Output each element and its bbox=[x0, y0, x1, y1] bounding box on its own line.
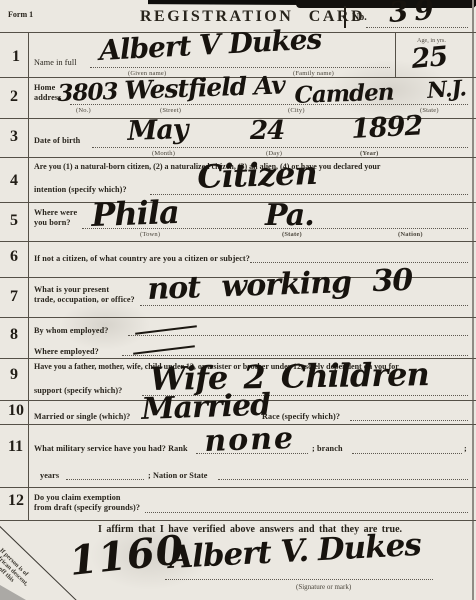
q8-label-by-whom: By whom employed? bbox=[34, 326, 108, 335]
q6-number: 6 bbox=[10, 248, 18, 266]
age-box-rule bbox=[395, 33, 396, 77]
q11-label-years: years bbox=[40, 471, 59, 480]
q2-label-line1: Home bbox=[34, 83, 55, 92]
q6-question: If not a citizen, of what country are yo… bbox=[34, 254, 250, 263]
q11-dotted-years bbox=[66, 479, 144, 480]
scan-smudge bbox=[60, 300, 150, 350]
q8-number: 8 bbox=[10, 326, 18, 344]
row-separator bbox=[0, 241, 476, 242]
q10-label-married: Married or single (which)? bbox=[34, 412, 130, 421]
q11-trailing-semicolon: ; bbox=[464, 444, 467, 453]
registration-card-scan: Form 1 REGISTRATION CARD No. 39 1 Name i… bbox=[0, 0, 476, 600]
q3-sub-year: (Year) bbox=[360, 150, 379, 157]
q5-label-line1: Where were bbox=[34, 208, 77, 217]
no-value-handwritten: 39 bbox=[388, 0, 441, 29]
age-value-handwritten: 25 bbox=[410, 41, 448, 75]
q5-label-line2: you born? bbox=[34, 218, 71, 227]
q1-answer-handwritten: Albert V Dukes bbox=[98, 22, 322, 67]
q12-number: 12 bbox=[8, 492, 24, 510]
q3-answer-day: 24 bbox=[250, 116, 284, 146]
q4-answer-handwritten: Citizen bbox=[197, 154, 318, 196]
q4-question-line2: intention (specify which)? bbox=[34, 185, 127, 194]
card-title: REGISTRATION CARD bbox=[140, 8, 365, 26]
q2-answer-state: N.J. bbox=[426, 75, 466, 104]
q5-number: 5 bbox=[10, 212, 18, 230]
q5-answer-town: Phila bbox=[91, 193, 180, 234]
q11-label-branch: ; branch bbox=[312, 444, 343, 453]
q7-answer-handwritten: not working 30 bbox=[147, 263, 413, 307]
q5-answer-state: Pa. bbox=[265, 198, 314, 233]
q3-label: Date of birth bbox=[34, 136, 80, 145]
scan-backdrop-corner bbox=[0, 585, 26, 600]
q2-sub-street: (Street) bbox=[160, 107, 181, 114]
q1-number: 1 bbox=[12, 48, 20, 66]
q6-dotted-line bbox=[250, 262, 468, 263]
card-right-edge bbox=[472, 0, 474, 600]
q2-number: 2 bbox=[10, 88, 18, 106]
row-separator bbox=[0, 317, 476, 318]
q11-number: 11 bbox=[8, 438, 23, 456]
no-label: No. bbox=[352, 12, 367, 23]
q3-number: 3 bbox=[10, 128, 18, 146]
q10-label-race: Race (specify which)? bbox=[262, 412, 340, 421]
q1-label: Name in full bbox=[34, 58, 77, 67]
q10-answer-handwritten: Married bbox=[141, 388, 271, 427]
no-dotted-line bbox=[366, 27, 468, 28]
header-divider bbox=[344, 6, 346, 28]
q11-dotted-branch bbox=[352, 453, 462, 454]
signature-line bbox=[165, 579, 433, 580]
signature-label: (Signature or mark) bbox=[296, 583, 351, 591]
q11-dotted-nation bbox=[218, 479, 468, 480]
q11-label-nation: ; Nation or State bbox=[148, 471, 208, 480]
q10-number: 10 bbox=[8, 402, 24, 420]
q12-label-line1: Do you claim exemption bbox=[34, 493, 121, 502]
form-number-label: Form 1 bbox=[8, 10, 33, 19]
q3-dotted-line bbox=[92, 147, 468, 148]
row-separator bbox=[0, 520, 476, 521]
q2-sub-state: (State) bbox=[420, 107, 439, 114]
q9-number: 9 bbox=[10, 366, 18, 384]
q8-answer-dash-2 bbox=[133, 345, 195, 355]
q2-sub-no: (No.) bbox=[76, 107, 91, 114]
row-separator bbox=[0, 202, 476, 203]
q7-label-line1: What is your present bbox=[34, 285, 109, 294]
q2-answer-no: 3803 bbox=[57, 78, 118, 107]
q3-sub-month: (Month) bbox=[152, 150, 175, 157]
q8-dotted-line-1 bbox=[128, 335, 468, 336]
q8-label-where: Where employed? bbox=[34, 347, 99, 356]
q11-answer-handwritten: none bbox=[204, 421, 296, 459]
q7-number: 7 bbox=[10, 288, 18, 306]
q1-dotted-line bbox=[90, 67, 390, 68]
q2-answer-city: Camden bbox=[294, 79, 394, 109]
q7-label-line2: trade, occupation, or office? bbox=[34, 295, 135, 304]
q3-answer-month: May bbox=[127, 114, 188, 147]
q3-answer-year: 1892 bbox=[350, 110, 423, 145]
card-background: Form 1 REGISTRATION CARD No. 39 1 Name i… bbox=[0, 0, 476, 600]
scan-edge-artifact bbox=[296, 0, 476, 8]
q11-label-rank: What military service have you had? Rank bbox=[34, 444, 188, 453]
q4-number: 4 bbox=[10, 172, 18, 190]
q12-label-line2: from draft (specify grounds)? bbox=[34, 503, 140, 512]
q5-sub-nation: (Nation) bbox=[398, 231, 423, 238]
q9-question-line2: support (specify which)? bbox=[34, 386, 122, 395]
q12-dotted-line bbox=[145, 512, 468, 513]
q1-sub-family: (Family name) bbox=[293, 70, 334, 77]
row-separator bbox=[0, 487, 476, 488]
q10-dotted-line bbox=[350, 420, 468, 421]
q2-answer-street: Westfield Av bbox=[124, 70, 285, 105]
